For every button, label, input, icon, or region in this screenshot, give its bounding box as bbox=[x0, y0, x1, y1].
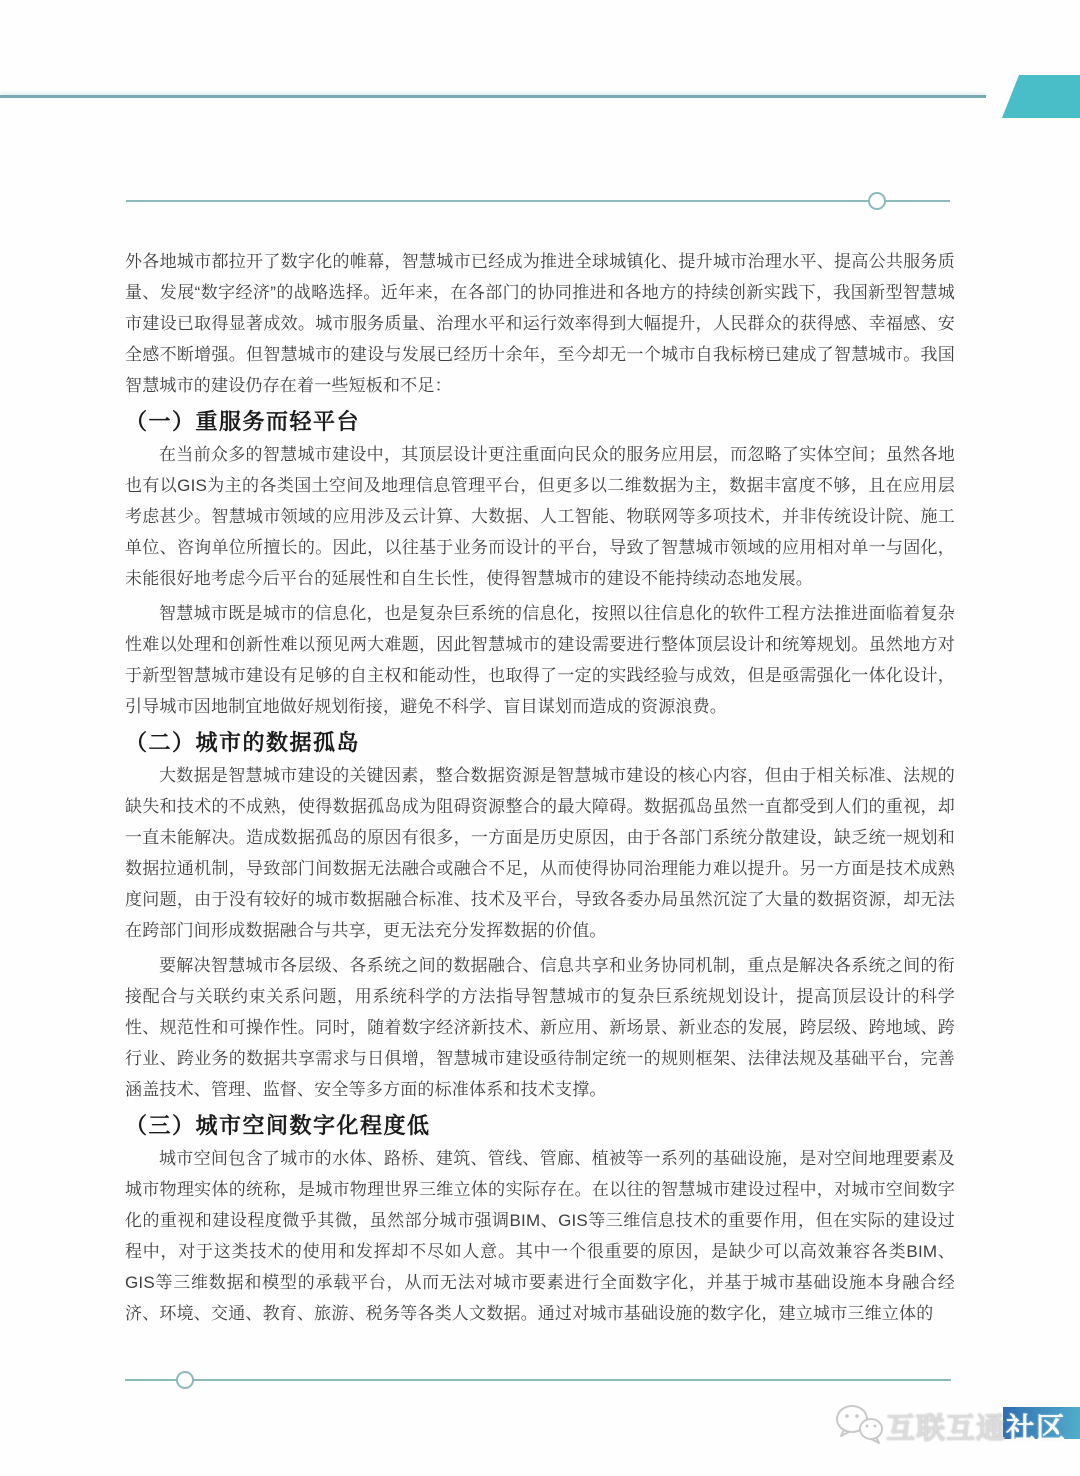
header-divider-circle-icon bbox=[868, 192, 886, 210]
watermark-label-gray: 互联互通 bbox=[886, 1413, 1006, 1445]
document-body: 外各地城市都拉开了数字化的帷幕，智慧城市已经成为推进全球城镇化、提升城市治理水平… bbox=[125, 246, 955, 1333]
watermark: 互联互通社区 bbox=[834, 1401, 1080, 1449]
section-1-heading: （一）重服务而轻平台 bbox=[125, 407, 955, 437]
wechat-icon bbox=[834, 1403, 886, 1447]
corner-accent-shape bbox=[1002, 75, 1080, 118]
watermark-label: 互联互通社区 bbox=[886, 1406, 1066, 1447]
section-2-paragraph-2: 要解决智慧城市各层级、各系统之间的数据融合、信息共享和业务协同机制，重点是解决各… bbox=[125, 950, 955, 1105]
footer-divider bbox=[125, 1371, 951, 1389]
header-divider-line bbox=[126, 200, 950, 202]
section-2-paragraph-1: 大数据是智慧城市建设的关键因素，整合数据资源是智慧城市建设的核心内容，但由于相关… bbox=[125, 760, 955, 946]
section-2-heading: （二）城市的数据孤岛 bbox=[125, 728, 955, 758]
top-rule bbox=[0, 95, 986, 98]
section-1-paragraph-2: 智慧城市既是城市的信息化，也是复杂巨系统的信息化，按照以往信息化的软件工程方法推… bbox=[125, 598, 955, 722]
intro-paragraph: 外各地城市都拉开了数字化的帷幕，智慧城市已经成为推进全球城镇化、提升城市治理水平… bbox=[125, 246, 955, 401]
section-3-paragraph-1: 城市空间包含了城市的水体、路桥、建筑、管线、管廊、植被等一系列的基础设施，是对空… bbox=[125, 1143, 955, 1329]
section-3-heading: （三）城市空间数字化程度低 bbox=[125, 1111, 955, 1141]
footer-divider-line bbox=[125, 1379, 951, 1381]
section-1-paragraph-1: 在当前众多的智慧城市建设中，其顶层设计更注重面向民众的服务应用层，而忽略了实体空… bbox=[125, 439, 955, 594]
header-divider bbox=[126, 192, 950, 210]
footer-divider-circle-icon bbox=[176, 1371, 194, 1389]
watermark-label-white: 社区 bbox=[1006, 1413, 1066, 1445]
